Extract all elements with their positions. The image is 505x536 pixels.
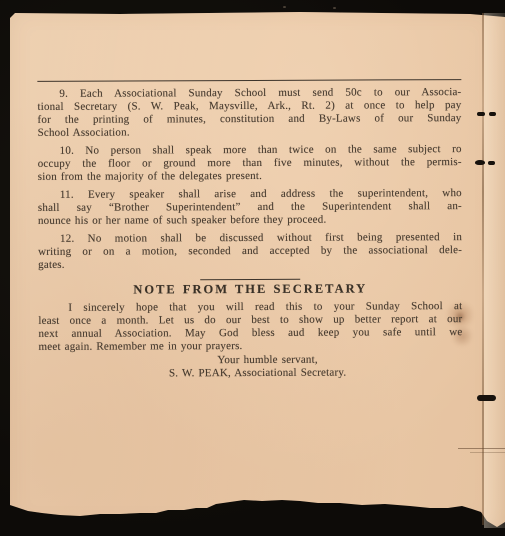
secretary-note-section: NOTE FROM THE SECRETARY I sincerely hope…: [38, 278, 462, 381]
tear-crease: [470, 452, 505, 453]
dust-speck: [283, 6, 286, 8]
stitch-mark: [475, 160, 485, 165]
signature-line: S. W. PEAK, Associational Secretary.: [39, 366, 463, 381]
text-line: for the printing of minutes, constitutio…: [37, 112, 461, 127]
note-heading: NOTE FROM THE SECRETARY: [38, 282, 462, 297]
stitch-mark: [488, 161, 495, 165]
stitch-mark: [477, 395, 496, 401]
text-line: gates.: [38, 257, 462, 272]
printed-text-block: 9. Each Associational Sunday School must…: [37, 79, 462, 381]
text-line: next annual Association. May God bless a…: [38, 326, 462, 341]
text-line: School Association.: [38, 125, 462, 140]
stitch-mark: [477, 112, 485, 116]
text-line: writing or on a motion, seconded and acc…: [38, 244, 462, 259]
text-line: nounce his or her name of such speaker b…: [38, 213, 462, 228]
text-line: occupy the floor or ground more than fiv…: [38, 156, 462, 171]
tear-crease: [458, 448, 505, 449]
text-line: meet again. Remember me in your prayers.: [38, 339, 462, 354]
bylaw-item-9: 9. Each Associational Sunday School must…: [37, 86, 461, 140]
section-rule: [200, 279, 300, 280]
text-line: sion from the majority of the delegates …: [38, 169, 462, 184]
text-line: shall say “Brother Superintendent” and t…: [38, 200, 462, 215]
folded-page-edge: [484, 13, 505, 528]
bylaw-item-11: 11. Every speaker shall arise and addres…: [38, 187, 462, 228]
note-paragraph: I sincerely hope that you will read this…: [38, 300, 462, 354]
bylaw-item-12: 12. No motion shall be discussed without…: [38, 231, 462, 272]
bylaw-item-10: 10. No person shall speak more than twic…: [38, 143, 462, 184]
dust-speck: [333, 7, 336, 9]
stitch-mark: [489, 112, 496, 116]
